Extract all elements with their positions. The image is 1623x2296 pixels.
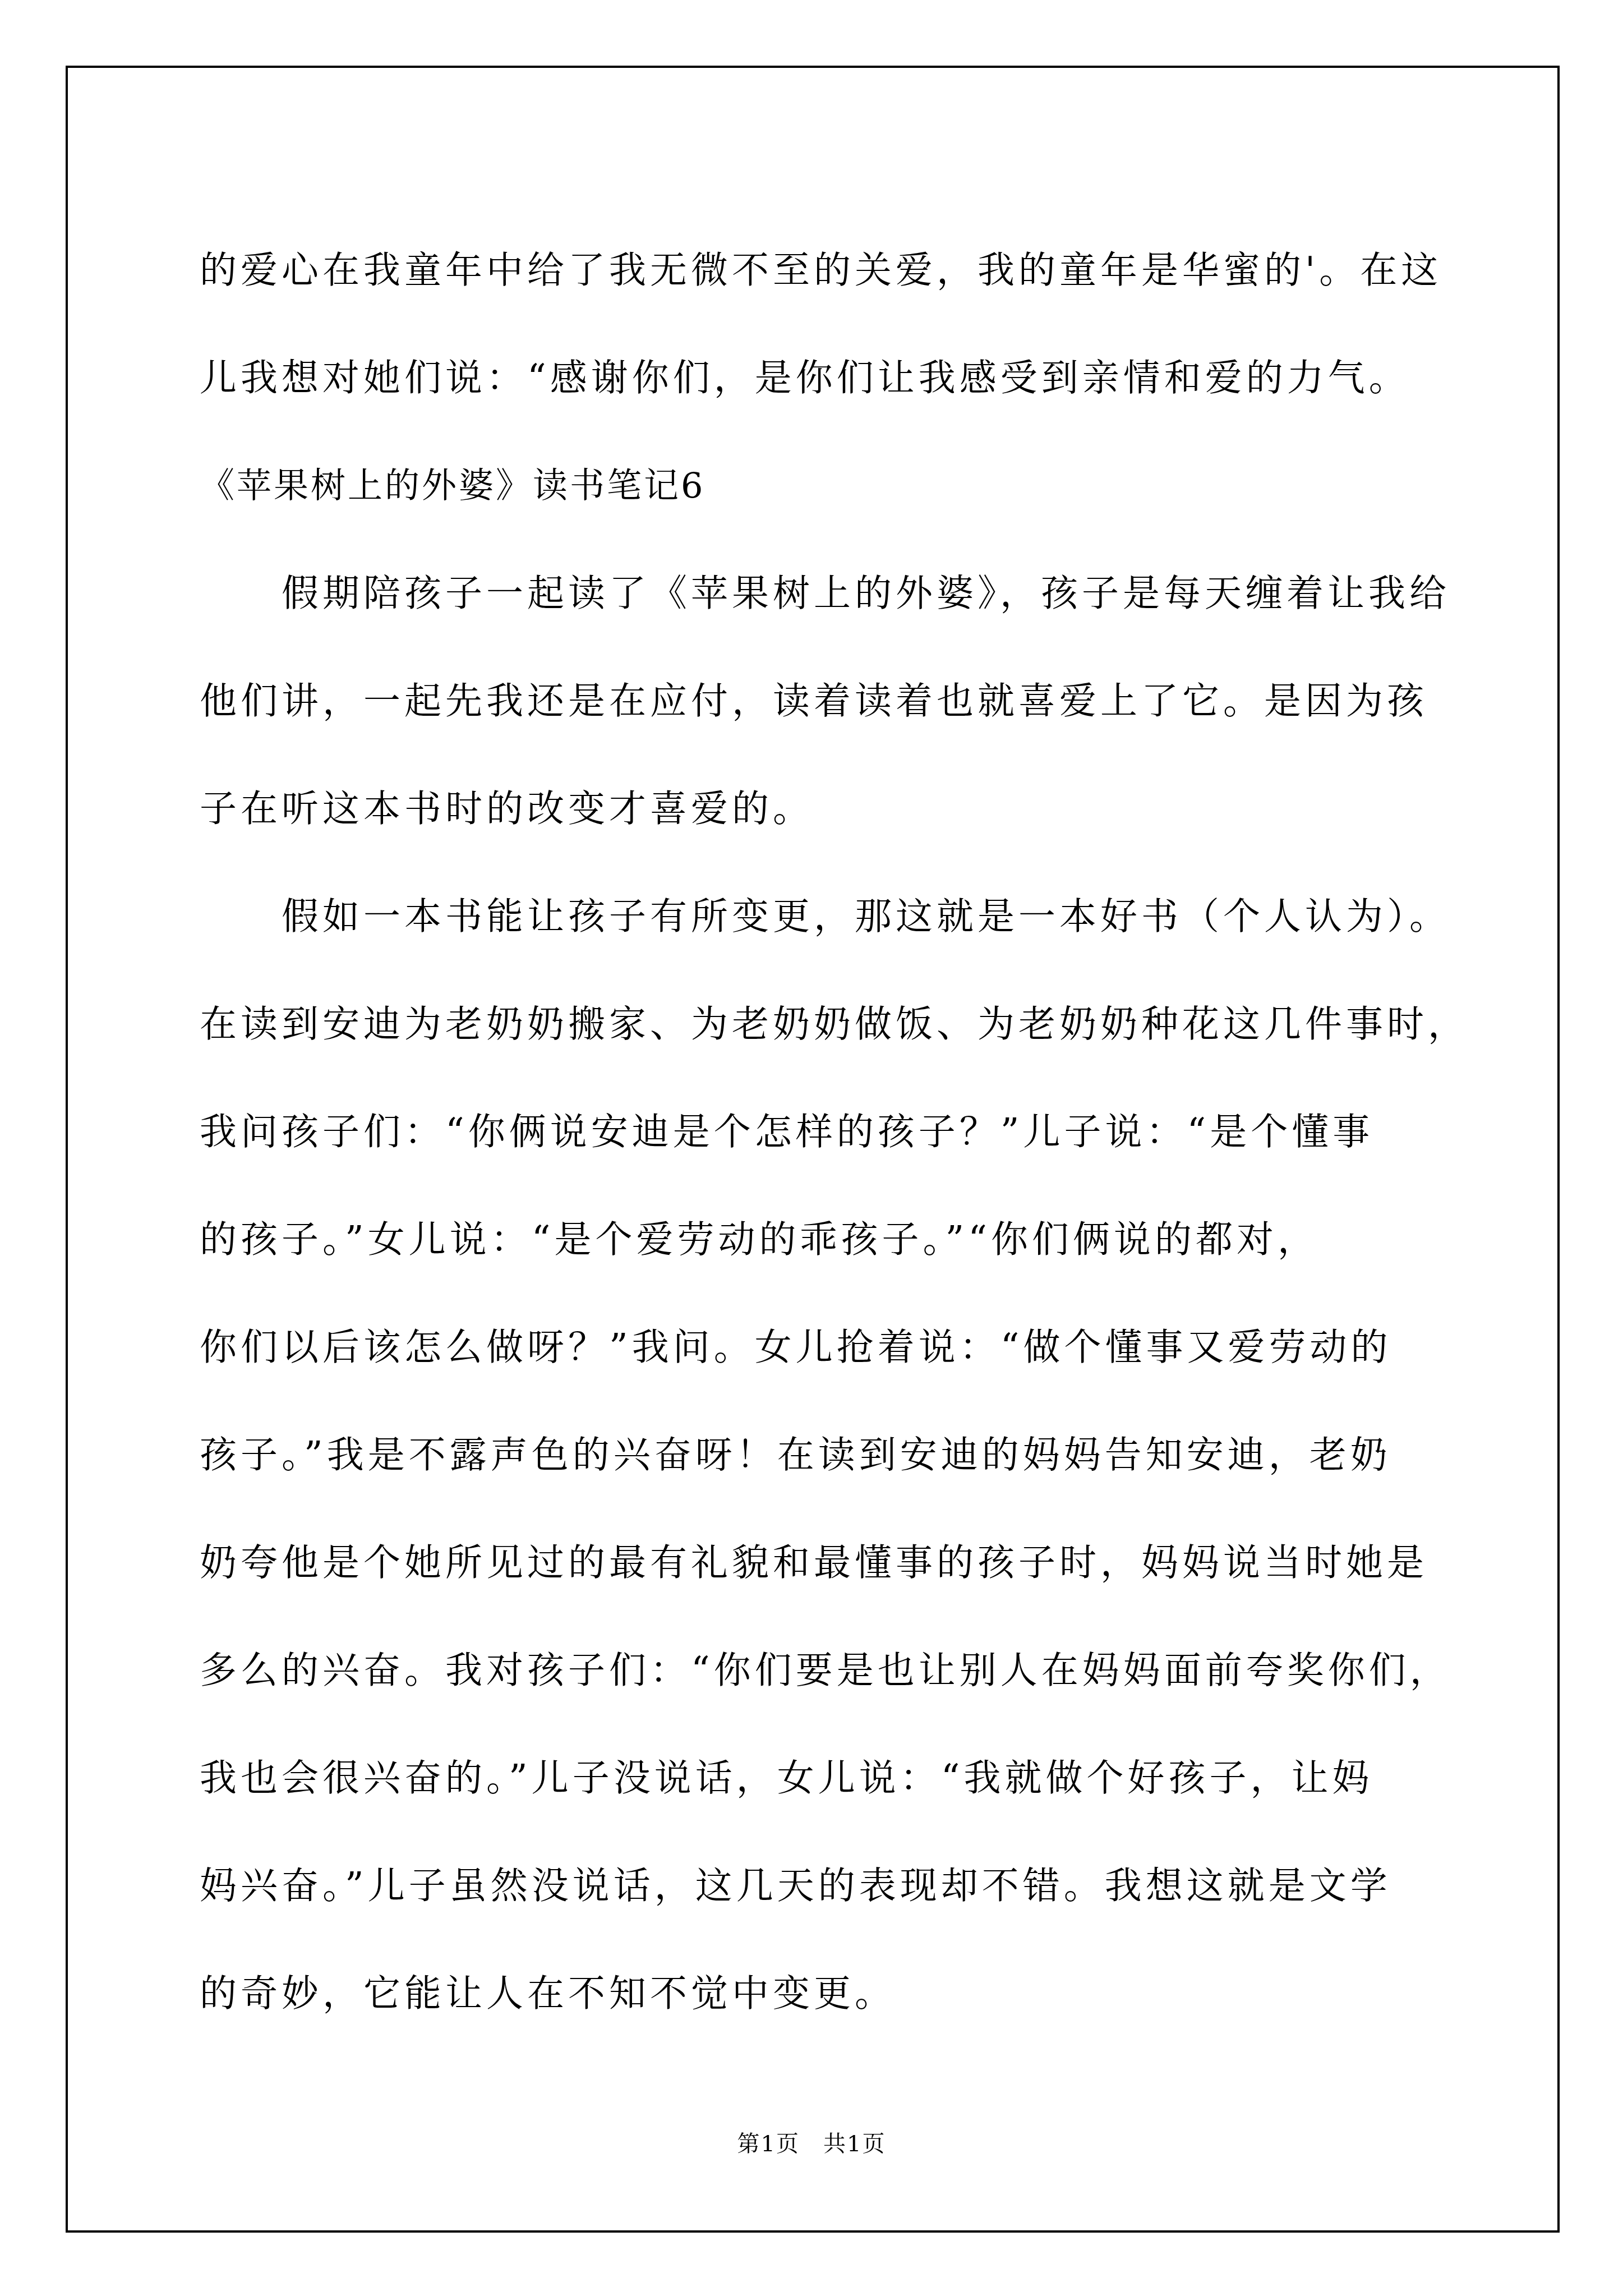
text-line: 多么的兴奋。我对孩子们：“你们要是也让别人在妈妈面前夸奖你们， (200, 1617, 1433, 1724)
paragraph-start-line: 假如一本书能让孩子有所变更，那这就是一本好书（个人认为）。 (200, 863, 1433, 970)
section-heading: 《苹果树上的外婆》读书笔记6 (200, 432, 1433, 540)
text-line: 的孩子。”女儿说：“是个爱劳动的乖孩子。”“你们俩说的都对， (200, 1186, 1433, 1294)
text-line: 的爱心在我童年中给了我无微不至的关爱，我的童年是华蜜的'。在这 (200, 217, 1433, 324)
document-body: 的爱心在我童年中给了我无微不至的关爱，我的童年是华蜜的'。在这 儿我想对她们说：… (200, 217, 1433, 2047)
text-line: 奶夸他是个她所见过的最有礼貌和最懂事的孩子时，妈妈说当时她是 (200, 1509, 1433, 1617)
text-line: 妈兴奋。”儿子虽然没说话，这几天的表现却不错。我想这就是文学 (200, 1832, 1433, 1940)
paragraph-start-line: 假期陪孩子一起读了《苹果树上的外婆》，孩子是每天缠着让我给 (200, 540, 1433, 647)
text-line: 他们讲，一起先我还是在应付，读着读着也就喜爱上了它。是因为孩 (200, 647, 1433, 755)
text-line: 的奇妙，它能让人在不知不觉中变更。 (200, 1940, 1433, 2047)
text-line: 在读到安迪为老奶奶搬家、为老奶奶做饭、为老奶奶种花这几件事时， (200, 970, 1433, 1078)
text-line: 孩子。”我是不露声色的兴奋呀！在读到安迪的妈妈告知安迪，老奶 (200, 1401, 1433, 1509)
text-line: 子在听这本书时的改变才喜爱的。 (200, 755, 1433, 863)
text-line: 儿我想对她们说：“感谢你们，是你们让我感受到亲情和爱的力气。 (200, 324, 1433, 432)
text-line: 我问孩子们：“你俩说安迪是个怎样的孩子？”儿子说：“是个懂事 (200, 1078, 1433, 1186)
page-number-footer: 第1页 共1页 (0, 2126, 1623, 2158)
text-line: 你们以后该怎么做呀？”我问。女儿抢着说：“做个懂事又爱劳动的 (200, 1294, 1433, 1401)
text-line: 我也会很兴奋的。”儿子没说话，女儿说：“我就做个好孩子，让妈 (200, 1724, 1433, 1832)
